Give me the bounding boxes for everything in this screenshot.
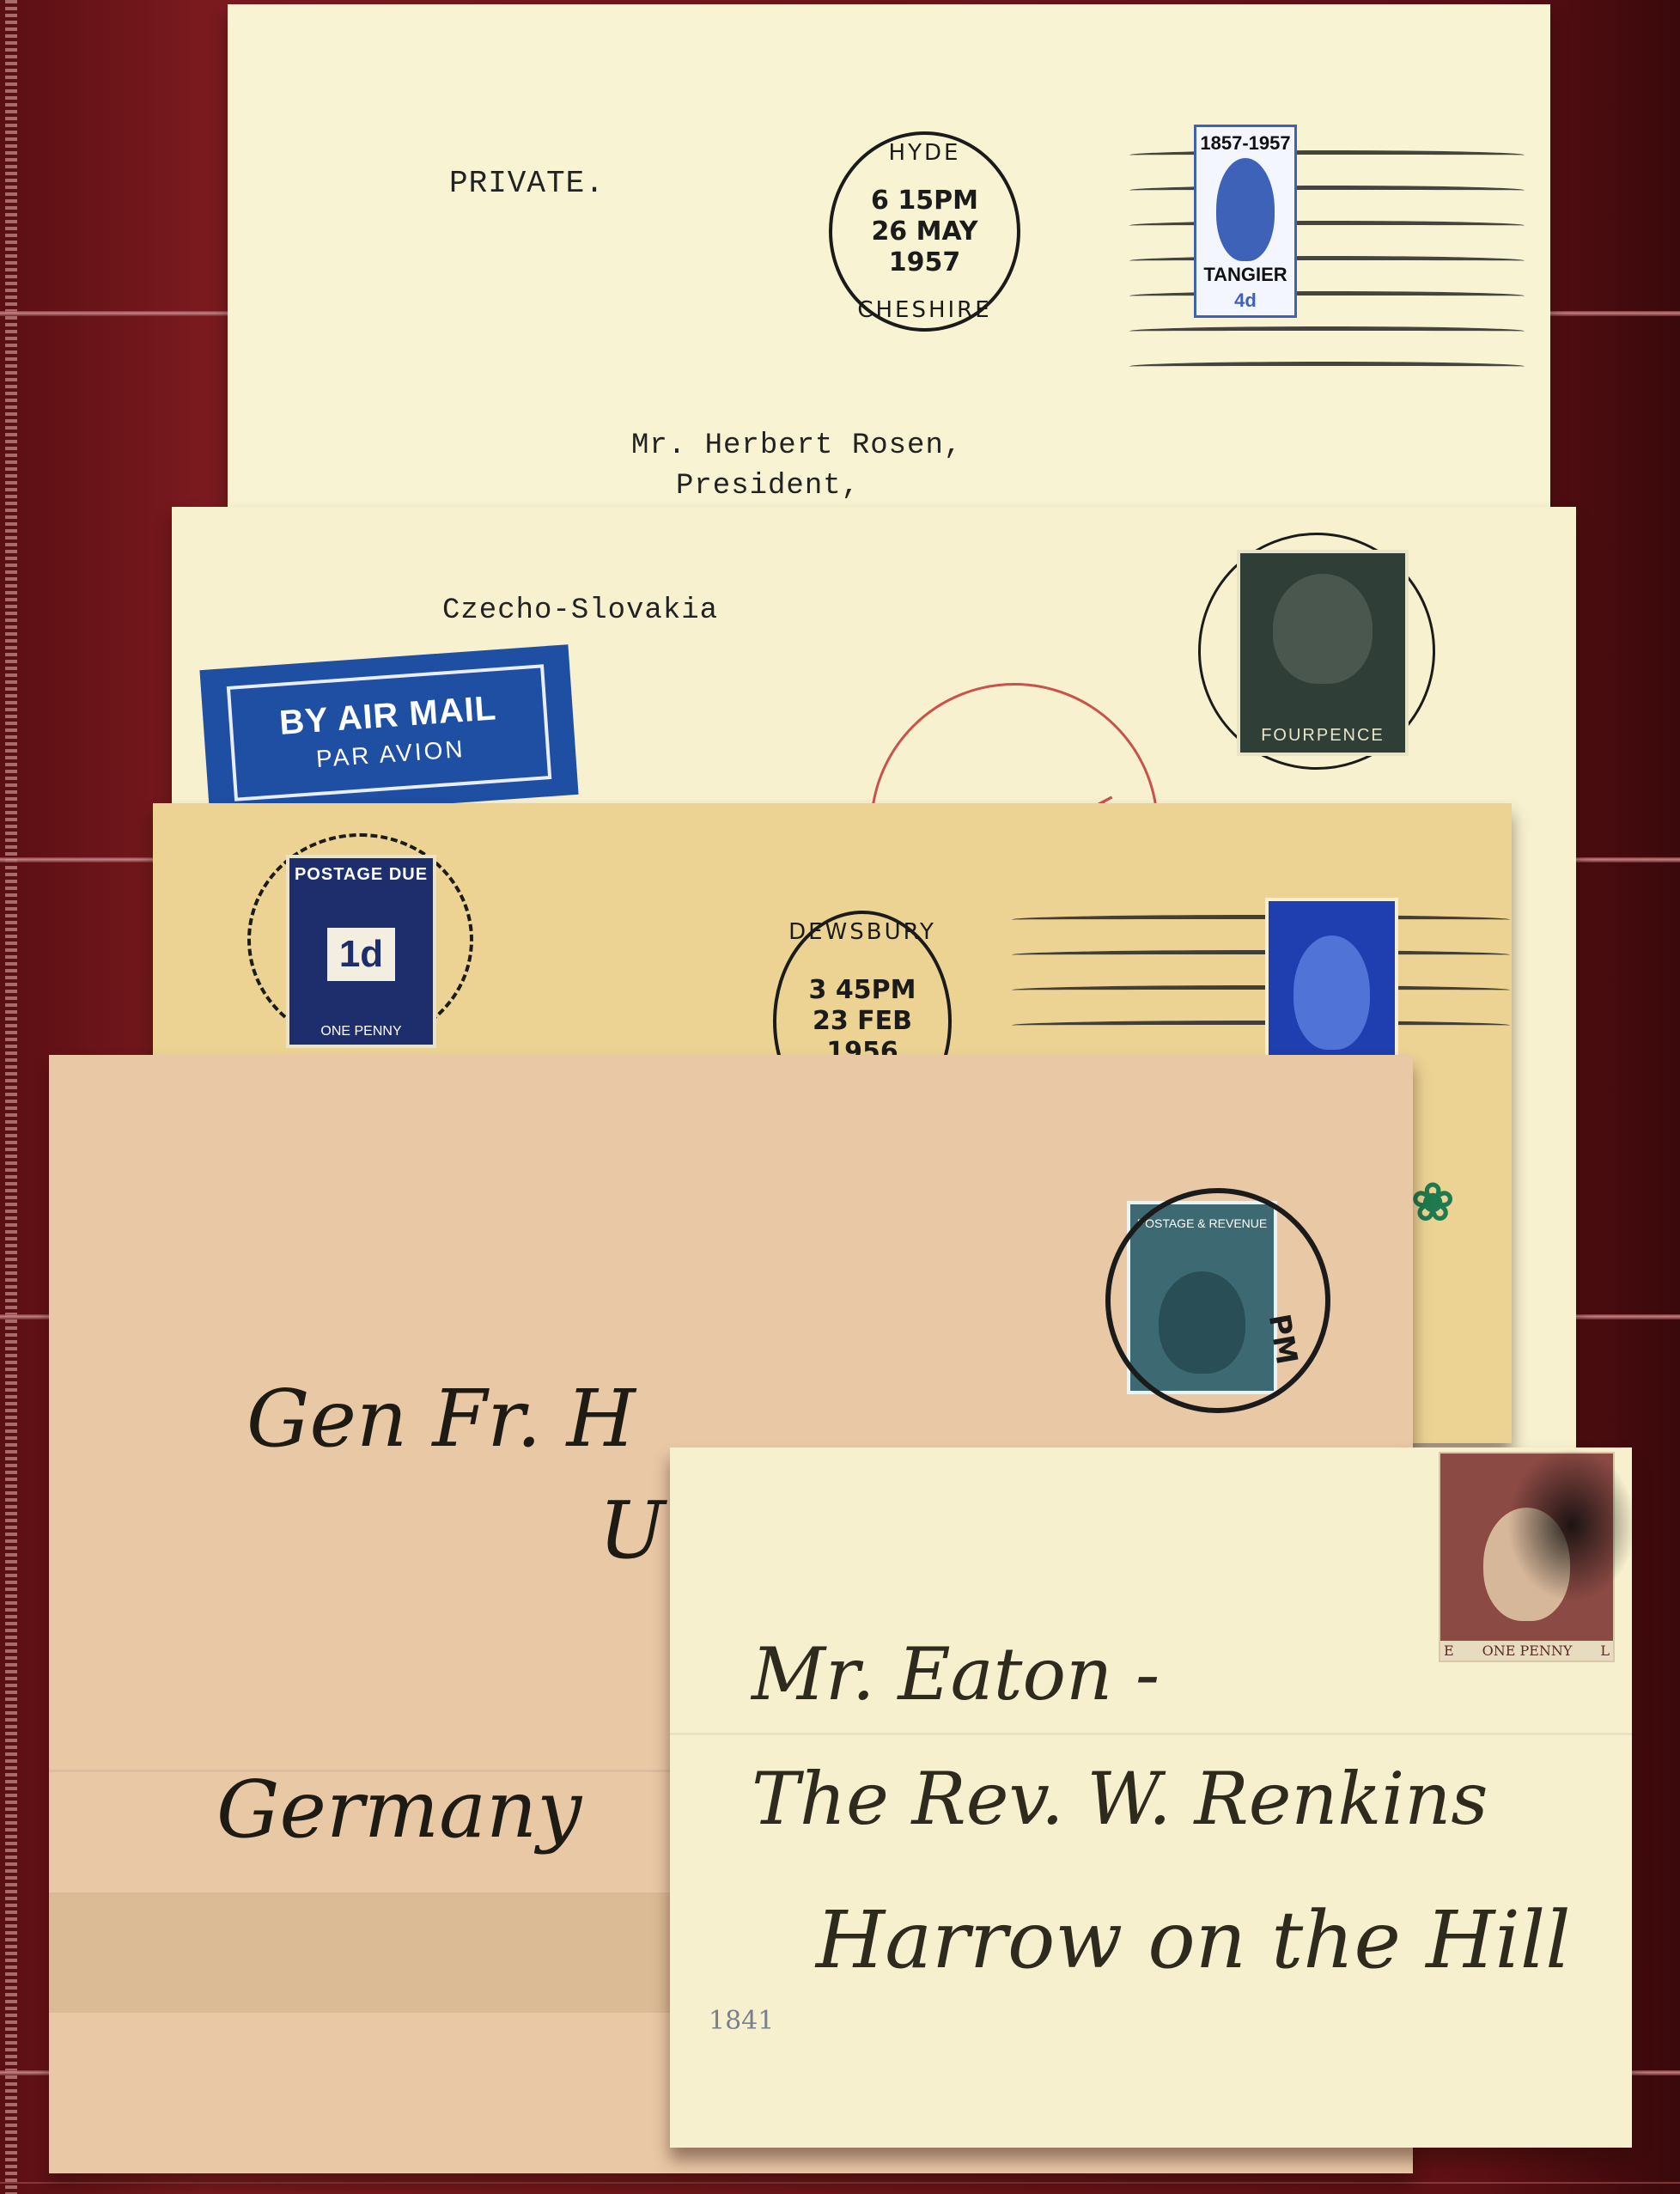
airmail-label: BY AIR MAIL PAR AVION (199, 644, 578, 820)
queen-portrait-icon (1216, 158, 1275, 261)
address-line: Mr. Eaton - (752, 1632, 1160, 1716)
hyde-postmark: HYDE 6 15PM 26 MAY 1957 CHESHIRE (829, 131, 1020, 332)
green-handstamp: ❀ (1411, 1173, 1454, 1233)
fold-line (670, 1733, 1632, 1735)
pocket-strip (0, 2182, 1680, 2184)
cover-penny-red-1841: Mr. Eaton - The Rev. W. Renkins Harrow o… (670, 1447, 1632, 2148)
destination: Germany (216, 1764, 581, 1856)
destination: Czecho-Slovakia (442, 594, 718, 627)
maltese-cross-cancel-icon (1507, 1447, 1636, 1602)
queen-portrait-icon (1293, 935, 1369, 1050)
address-line: Gen Fr. H (247, 1373, 636, 1465)
king-portrait-icon (1273, 574, 1372, 684)
pencil-note: 1841 (709, 2006, 774, 2036)
address-line: The Rev. W. Renkins (752, 1757, 1488, 1841)
machine-cancel-icon (1012, 889, 1510, 1030)
postmark-circle: PM (1105, 1188, 1330, 1413)
machine-cancel-icon (1129, 125, 1525, 371)
address-line: Harrow on the Hill (816, 1894, 1571, 1986)
tangier-stamp: 1857-1957 TANGIER 4d (1194, 125, 1297, 318)
private-note: PRIVATE. (449, 166, 605, 201)
address-line: President, (676, 470, 860, 503)
postage-due-stamp: POSTAGE DUE 1d ONE PENNY (286, 855, 436, 1048)
george-v-fourpence-stamp: FOURPENCE (1237, 550, 1409, 756)
address-line: Mr. Herbert Rosen, (631, 430, 962, 462)
page-binding (5, 0, 17, 2194)
address-line: U (599, 1484, 666, 1576)
cover-hyde-1957: PRIVATE. Mr. Herbert Rosen, President, H… (228, 4, 1550, 507)
